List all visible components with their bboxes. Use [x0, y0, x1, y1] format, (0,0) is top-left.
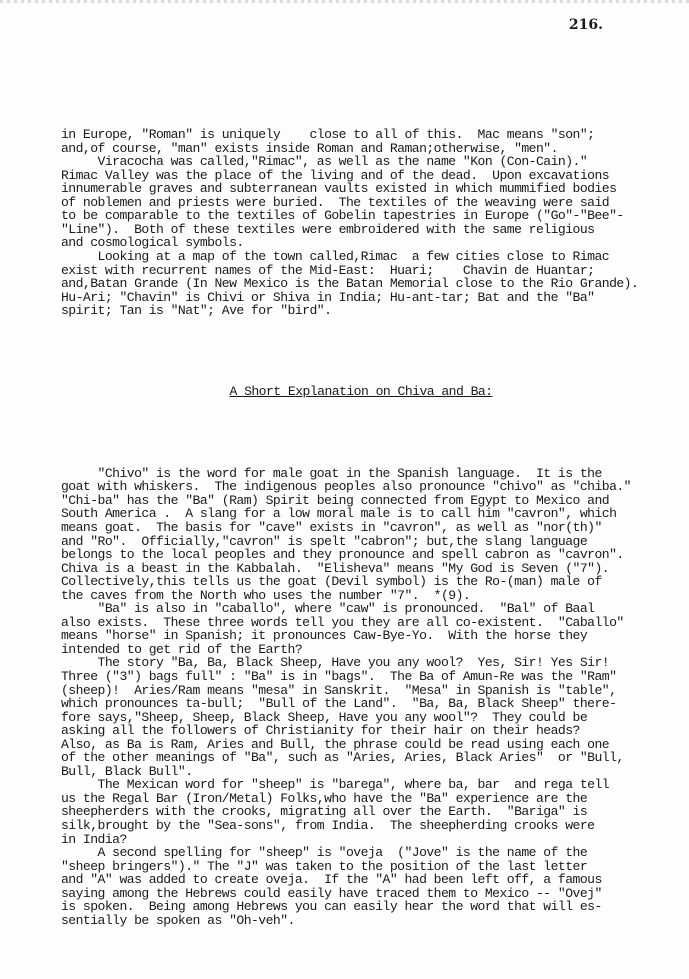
text-line: "Chi-ba" has the "Ba" (Ram) Spirit being… — [61, 494, 661, 508]
text-line: saying among the Hebrews could easily ha… — [61, 887, 661, 901]
page-number: 216. — [569, 17, 603, 33]
text-line: and cosmological symbols. — [61, 236, 661, 250]
text-line: Also, as Ba is Ram, Aries and Bull, the … — [61, 738, 661, 752]
text-line: means "horse" in Spanish; it pronounces … — [61, 629, 661, 643]
text-line: sentially be spoken as "Oh-veh". — [61, 914, 661, 928]
text-line: sheepherders with the crooks, migrating … — [61, 805, 661, 819]
text-line: Viracocha was called,"Rimac", as well as… — [61, 155, 661, 169]
text-line: Collectively,this tells us the goat (Dev… — [61, 575, 661, 589]
text-line: asking all the followers of Christianity… — [61, 724, 661, 738]
text-line: belongs to the local peoples and they pr… — [61, 548, 661, 562]
text-line: in India? — [61, 833, 661, 847]
scan-edge-artifact — [0, 0, 689, 3]
text-line: us the Regal Bar (Iron/Metal) Folks,who … — [61, 792, 661, 806]
text-line: and,of course, "man" exists inside Roman… — [61, 142, 661, 156]
spacer — [61, 426, 661, 440]
text-line: Three ("3") bags full" : "Ba" is in "bag… — [61, 670, 661, 684]
text-line: Rimac Valley was the place of the living… — [61, 169, 661, 183]
text-line: exist with recurrent names of the Mid-Ea… — [61, 264, 661, 278]
text-line: "Line"). Both of these textiles were emb… — [61, 223, 661, 237]
text-line: South America . A slang for a low moral … — [61, 507, 661, 521]
section-heading: A Short Explanation on Chiva and Ba: — [61, 385, 661, 399]
text-line: and,Batan Grande (In New Mexico is the B… — [61, 277, 661, 291]
text-line: the caves from the North who uses the nu… — [61, 589, 661, 603]
paragraphs-part-1: in Europe, "Roman" is uniquely close to … — [61, 128, 661, 318]
text-line: Looking at a map of the town called,Rima… — [61, 250, 661, 264]
text-line: is spoken. Being among Hebrews you can e… — [61, 900, 661, 914]
text-line: innumerable graves and subterranean vaul… — [61, 182, 661, 196]
text-line: Hu-Ari; "Chavin" is Chivi or Shiva in In… — [61, 291, 661, 305]
text-line: Chiva is a beast in the Kabbalah. "Elish… — [61, 562, 661, 576]
text-line: The Mexican word for "sheep" is "barega"… — [61, 778, 661, 792]
text-line: A second spelling for "sheep" is "oveja … — [61, 846, 661, 860]
text-line: means goat. The basis for "cave" exists … — [61, 521, 661, 535]
text-line: to be comparable to the textiles of Gobe… — [61, 209, 661, 223]
text-line: of noblemen and priests were buried. The… — [61, 196, 661, 210]
text-line: in Europe, "Roman" is uniquely close to … — [61, 128, 661, 142]
text-line: intended to get rid of the Earth? — [61, 643, 661, 657]
paragraphs-part-2: "Chivo" is the word for male goat in the… — [61, 467, 661, 928]
text-line: and "A" was added to create oveja. If th… — [61, 873, 661, 887]
text-line: Bull, Black Bull". — [61, 765, 661, 779]
document-body: in Europe, "Roman" is uniquely close to … — [61, 101, 661, 941]
text-line: (sheep)! Aries/Ram means "mesa" in Sansk… — [61, 684, 661, 698]
text-line: "Ba" is also in "caballo", where "caw" i… — [61, 602, 661, 616]
text-line: and "Ro". Officially,"cavron" is spelt "… — [61, 535, 661, 549]
text-line: "Chivo" is the word for male goat in the… — [61, 467, 661, 481]
text-line: silk,brought by the "Sea-sons", from Ind… — [61, 819, 661, 833]
text-line: also exists. These three words tell you … — [61, 616, 661, 630]
text-line: of the other meanings of "Ba", such as "… — [61, 751, 661, 765]
text-line: spirit; Tan is "Nat"; Ave for "bird". — [61, 304, 661, 318]
text-line: which pronounces ta-bull; "Bull of the L… — [61, 697, 661, 711]
text-line: goat with whiskers. The indigenous peopl… — [61, 480, 661, 494]
text-line: fore says,"Sheep, Sheep, Black Sheep, Ha… — [61, 711, 661, 725]
spacer — [61, 345, 661, 359]
text-line: "sheep bringers")." The "J" was taken to… — [61, 860, 661, 874]
text-line: The story "Ba, Ba, Black Sheep, Have you… — [61, 656, 661, 670]
